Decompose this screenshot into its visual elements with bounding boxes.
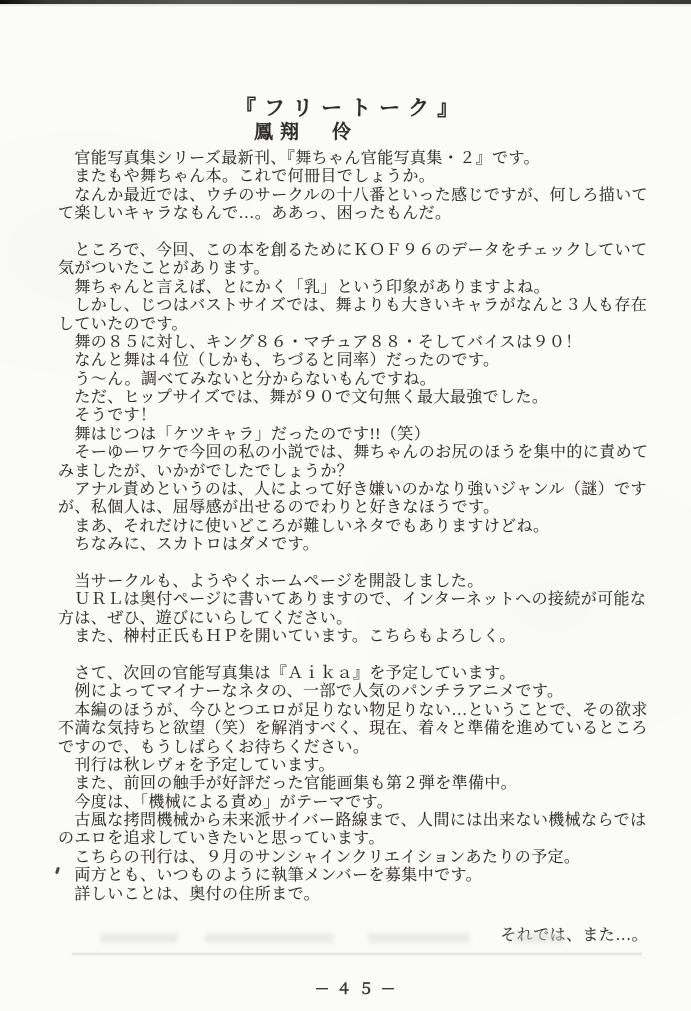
- body-line: みましたが、いかがでしたでしょうか？: [58, 463, 654, 481]
- body-line: していたのです。: [58, 316, 654, 334]
- page-number: －４５－: [0, 978, 691, 999]
- body-line: しかし、じつはバストサイズでは、舞よりも大きいキャラがなんと３人も存在: [58, 297, 654, 315]
- ghost-text-block: [368, 933, 470, 943]
- body-line: [58, 555, 654, 573]
- body-line: そうです！: [58, 407, 654, 425]
- body-line: 舞はじつは「ケツキャラ」だったのです!!（笑）: [58, 426, 654, 444]
- body-line: て楽しいキャラなもんで…。ああっ、困ったもんだ。: [58, 205, 654, 223]
- body-line: 不満な気持ちと欲望（笑）を解消すべく、現在、着々と準備を進めているところ: [58, 720, 654, 738]
- scan-edge-shadow: [0, 4, 691, 7]
- body-text: 官能写真集シリーズ最新刊、『舞ちゃん官能写真集・２』です。 またもや舞ちゃん本。…: [58, 150, 654, 904]
- body-line: なんか最近では、ウチのサークルの十八番といった感じですが、何しろ描いて: [58, 187, 654, 205]
- body-line: なんと舞は４位（しかも、ちづると同率）だったのです。: [58, 352, 654, 370]
- body-line: そーゆーワケで今回の私の小説では、舞ちゃんのお尻のほうを集中的に責めて: [58, 444, 654, 462]
- body-line: 両方とも、いつものように執筆メンバーを募集中です。: [58, 867, 654, 885]
- body-line: またもや舞ちゃん本。これで何冊目でしょうか。: [58, 168, 654, 186]
- body-line: ですので、もうしばらくお待ちください。: [58, 739, 654, 757]
- body-line: が、私個人は、屈辱感が出せるのでわりと好きなほうです。: [58, 499, 654, 517]
- body-line: [58, 647, 654, 665]
- body-line: また、前回の触手が好評だった官能画集も第２弾を準備中。: [58, 775, 654, 793]
- body-line: こちらの刊行は、９月のサンシャインクリエイションあたりの予定。: [58, 849, 654, 867]
- body-line: のエロを追求していきたいと思っています。: [58, 830, 654, 848]
- body-line: 詳しいことは、奥付の住所まで。: [58, 886, 654, 904]
- bleed-through-rule: [72, 953, 642, 955]
- body-line: 気がついたことがあります。: [58, 260, 654, 278]
- body-line: ちなみに、スカトロはダメです。: [58, 536, 654, 554]
- ghost-text-block: [512, 933, 564, 943]
- body-line: 舞ちゃんと言えば、とにかく「乳」という印象がありますよね。: [58, 279, 654, 297]
- body-line: ＵＲＬは奥付ページに書いてありますので、インターネットへの接続が可能な: [58, 591, 654, 609]
- body-line: また、榊村正氏もＨＰを開いています。こちらもよろしく。: [58, 628, 654, 646]
- body-line: さて、次回の官能写真集は『Ａｉｋａ』を予定しています。: [58, 665, 654, 683]
- body-line: 古風な拷問機械から未来派サイバー路線まで、人間には出来ない機械ならでは: [58, 812, 654, 830]
- body-line: ところで、今回、この本を創るためにＫＯＦ９６のデータをチェックしていて: [58, 242, 654, 260]
- body-line: 方は、ぜひ、遊びにいらしてください。: [58, 610, 654, 628]
- body-line: 今度は、「機械による責め」がテーマです。: [58, 794, 654, 812]
- author-name: 鳳翔 伶: [254, 117, 358, 144]
- body-line: 刊行は秋レヴォを予定しています。: [58, 757, 654, 775]
- body-line: 当サークルも、ようやくホームページを開設しました。: [58, 573, 654, 591]
- body-line: 官能写真集シリーズ最新刊、『舞ちゃん官能写真集・２』です。: [58, 150, 654, 168]
- body-line: 本編のほうが、今ひとつエロが足りない物足りない…ということで、その欲求: [58, 702, 654, 720]
- bleed-through-ghost-text: [0, 933, 691, 945]
- body-line: う～ん。調べてみないと分からないもんですね。: [58, 371, 654, 389]
- body-line: 舞の８５に対し、キング８６・マチュア８８・そしてバイスは９０！: [58, 334, 654, 352]
- ghost-text-block: [205, 933, 333, 943]
- body-line: 例によってマイナーなネタの、一部で人気のパンチラアニメです。: [58, 683, 654, 701]
- body-line: まあ、それだけに使いどころが難しいネタでもありますけどね。: [58, 518, 654, 536]
- scanned-page: 『フリートーク』 鳳翔 伶 官能写真集シリーズ最新刊、『舞ちゃん官能写真集・２』…: [0, 0, 691, 1011]
- ghost-text-block: [100, 933, 178, 943]
- body-line: [58, 224, 654, 242]
- body-line: ただ、ヒップサイズでは、舞が９０で文句無く最大最強でした。: [58, 389, 654, 407]
- body-line: アナル責めというのは、人によって好き嫌いのかなり強いジャンル（謎）です: [58, 481, 654, 499]
